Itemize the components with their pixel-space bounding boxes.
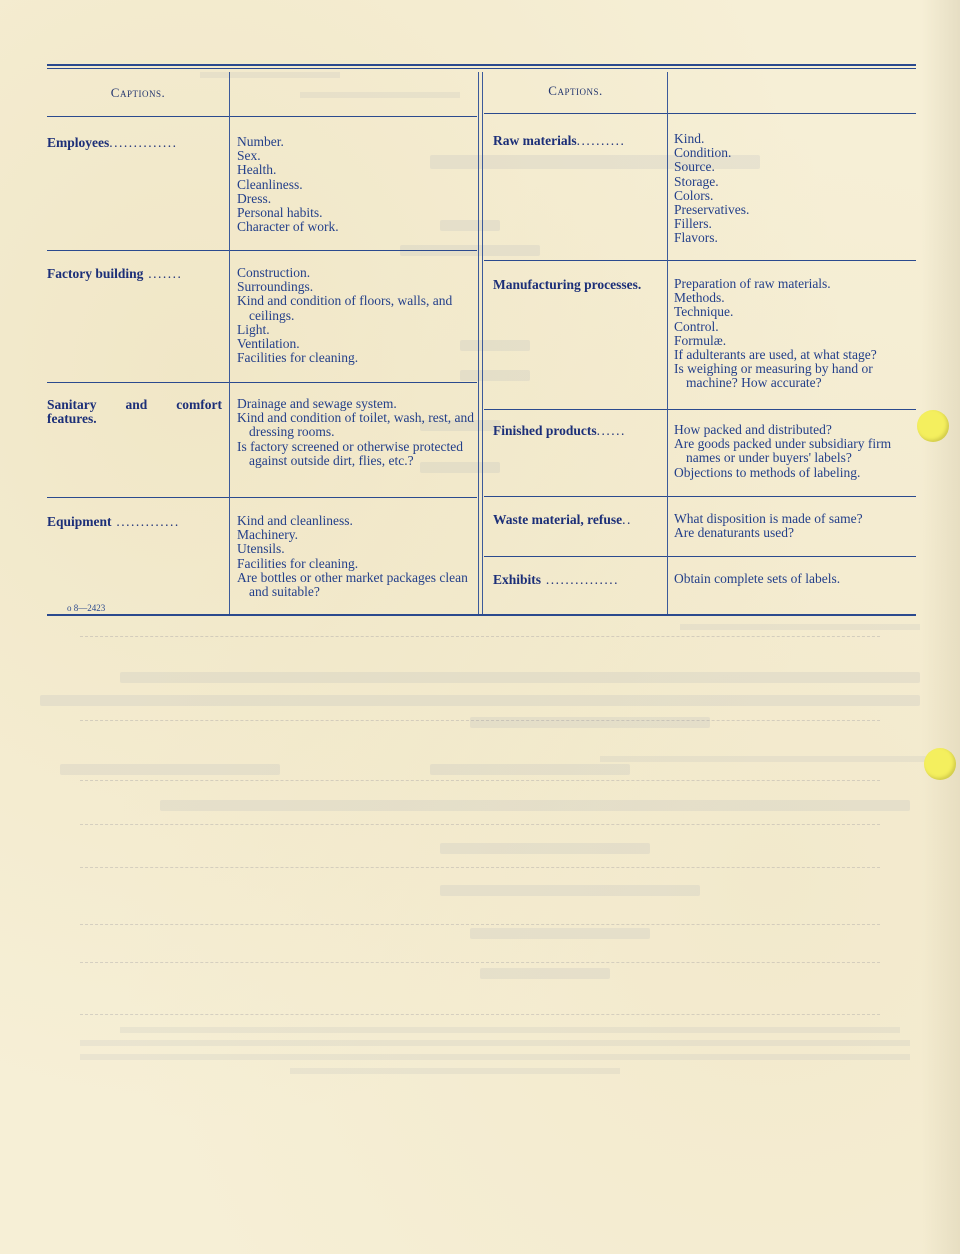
item: Number. <box>237 135 475 149</box>
item: Facilities for cleaning. <box>237 557 475 571</box>
items-waste-material: What disposition is made of same? Are de… <box>674 512 918 540</box>
punch-hole-bottom <box>924 748 956 780</box>
caption-label: Waste material, refuse <box>493 512 622 527</box>
items-exhibits: Obtain complete sets of labels. <box>674 572 918 586</box>
caption-sanitary-comfort: Sanitary and comfort features. <box>47 398 222 426</box>
item: What disposition is made of same? <box>674 512 918 526</box>
top-rule-2 <box>47 68 916 69</box>
right-row-rule-4 <box>484 556 916 557</box>
left-column-divider <box>229 72 230 614</box>
caption-label: Manufacturing processes. <box>493 277 641 292</box>
right-row-rule-1 <box>484 260 916 261</box>
caption-label: Employees <box>47 135 109 150</box>
bottom-rule <box>47 614 916 616</box>
caption-label: Exhibits <box>493 572 541 587</box>
item: Technique. <box>674 305 918 319</box>
caption-manufacturing-processes: Manufacturing processes. <box>493 278 658 292</box>
item: Utensils. <box>237 542 475 556</box>
item: Are goods packed under subsidiary firm n… <box>674 437 918 465</box>
item: How packed and distributed? <box>674 423 918 437</box>
item: Kind and condition of toilet, wash, rest… <box>237 411 475 439</box>
item: Surroundings. <box>237 280 475 294</box>
left-row-rule-2 <box>47 382 477 383</box>
item: Facilities for cleaning. <box>237 351 475 365</box>
item: Drainage and sewage system. <box>237 397 475 411</box>
caption-label: Sanitary and comfort features. <box>47 397 222 426</box>
captions-header-left: Captions. <box>47 85 229 101</box>
item: Are denaturants used? <box>674 526 918 540</box>
item: Machinery. <box>237 528 475 542</box>
punch-hole-top <box>917 410 949 442</box>
item: Health. <box>237 163 475 177</box>
captions-header-right: Captions. <box>484 83 667 99</box>
item: Light. <box>237 323 475 337</box>
item: Is factory screened or otherwise protect… <box>237 440 475 468</box>
item: Methods. <box>674 291 918 305</box>
item: Ventilation. <box>237 337 475 351</box>
inspection-captions-table: Captions. Captions. Employees...........… <box>47 64 916 614</box>
item: Source. <box>674 160 918 174</box>
item: Control. <box>674 320 918 334</box>
item: Kind and condition of floors, walls, and… <box>237 294 475 322</box>
center-divider-2 <box>482 72 483 614</box>
right-row-rule-3 <box>484 496 916 497</box>
items-sanitary-comfort: Drainage and sewage system. Kind and con… <box>237 397 475 468</box>
items-factory-building: Construction. Surroundings. Kind and con… <box>237 266 475 365</box>
caption-waste-material: Waste material, refuse.. <box>493 513 632 527</box>
top-rule-1 <box>47 64 916 66</box>
item: Is weighing or measuring by hand or mach… <box>674 362 918 390</box>
caption-employees: Employees.............. <box>47 136 178 150</box>
item: Dress. <box>237 192 475 206</box>
item: Preparation of raw materials. <box>674 277 918 291</box>
items-manufacturing-processes: Preparation of raw materials. Methods. T… <box>674 277 918 391</box>
items-finished-products: How packed and distributed? Are goods pa… <box>674 423 918 480</box>
item: Kind. <box>674 132 918 146</box>
item: Formulæ. <box>674 334 918 348</box>
item: Personal habits. <box>237 206 475 220</box>
left-row-rule-3 <box>47 497 477 498</box>
item: Sex. <box>237 149 475 163</box>
center-divider-1 <box>478 72 479 614</box>
caption-raw-materials: Raw materials.......... <box>493 134 625 148</box>
item: Construction. <box>237 266 475 280</box>
item: Storage. <box>674 175 918 189</box>
item: Preservatives. <box>674 203 918 217</box>
item: Condition. <box>674 146 918 160</box>
caption-exhibits: Exhibits ............... <box>493 573 619 587</box>
caption-factory-building: Factory building ....... <box>47 267 182 281</box>
item: If adulterants are used, at what stage? <box>674 348 918 362</box>
caption-equipment: Equipment ............. <box>47 515 180 529</box>
item: Colors. <box>674 189 918 203</box>
item: Objections to methods of labeling. <box>674 466 918 480</box>
caption-label: Equipment <box>47 514 112 529</box>
form-number: o 8—2423 <box>67 603 105 613</box>
items-equipment: Kind and cleanliness. Machinery. Utensil… <box>237 514 475 599</box>
left-row-rule-1 <box>47 250 477 251</box>
items-employees: Number. Sex. Health. Cleanliness. Dress.… <box>237 135 475 234</box>
right-header-rule <box>484 113 916 114</box>
item: Cleanliness. <box>237 178 475 192</box>
item: Are bottles or other market packages cle… <box>237 571 475 599</box>
left-header-rule <box>47 116 477 117</box>
right-row-rule-2 <box>484 409 916 410</box>
caption-finished-products: Finished products...... <box>493 424 626 438</box>
item: Kind and cleanliness. <box>237 514 475 528</box>
items-raw-materials: Kind. Condition. Source. Storage. Colors… <box>674 132 918 246</box>
item: Fillers. <box>674 217 918 231</box>
caption-label: Factory building <box>47 266 143 281</box>
right-column-divider <box>667 72 668 614</box>
item: Obtain complete sets of labels. <box>674 572 918 586</box>
caption-label: Finished products <box>493 423 597 438</box>
item: Character of work. <box>237 220 475 234</box>
caption-label: Raw materials <box>493 133 577 148</box>
item: Flavors. <box>674 231 918 245</box>
